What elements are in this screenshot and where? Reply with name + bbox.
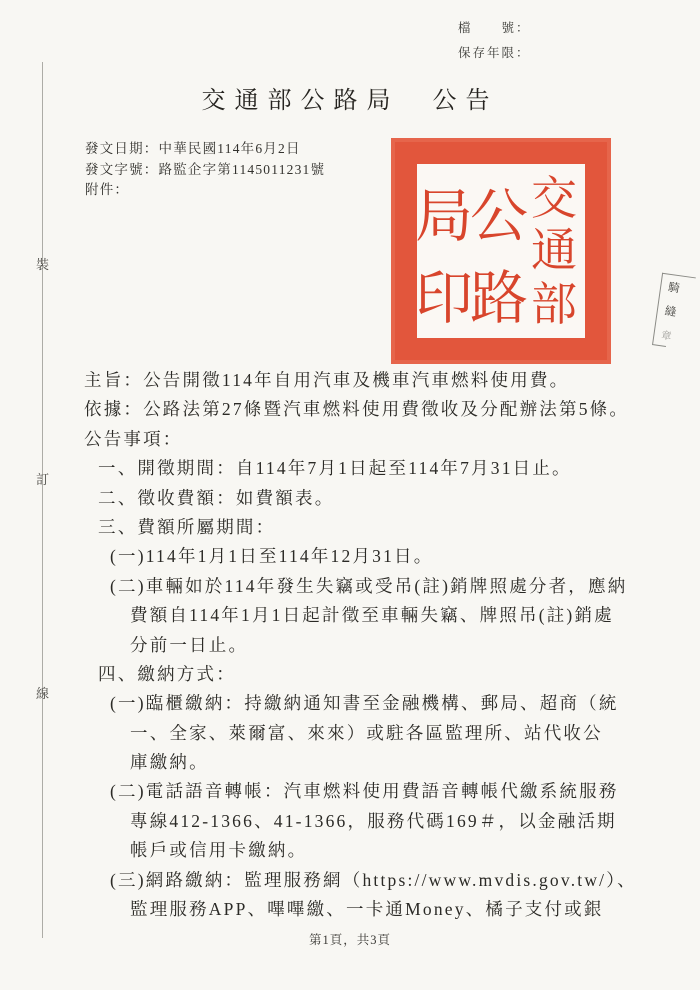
attachment-line: 附件： — [85, 180, 325, 201]
seal-char: 印 — [415, 266, 473, 331]
body-line: (一)114年1月1日至114年12月31日。 — [110, 542, 659, 571]
body-line: 監理服務APP、嗶嗶繳、一卡通Money、橘子支付或銀 — [130, 895, 659, 924]
body-line: (三)網路繳納：監理服務網（https://www.mvdis.gov.tw/）… — [110, 866, 659, 895]
announcement-body: 主旨：公告開徵114年自用汽車及機車汽車燃料使用費。 依據：公路法第27條暨汽車… — [84, 366, 659, 924]
seal-char: 路 — [470, 266, 528, 331]
binding-mark-ding: 訂 — [35, 469, 50, 488]
body-line: (一)臨櫃繳納：持繳納通知書至金融機構、郵局、超商（統 — [110, 689, 659, 718]
body-line: 庫繳納。 — [130, 748, 659, 777]
body-line: 依據：公路法第27條暨汽車燃料使用費徵收及分配辦法第5條。 — [84, 395, 659, 424]
body-line: (二)車輛如於114年發生失竊或受吊(註)銷牌照處分者，應納 — [110, 572, 659, 601]
seal-icon: 交 通 部 公 路 局 印 — [391, 138, 611, 364]
seal-char: 局 — [415, 184, 473, 249]
seam-bracket-arm — [653, 344, 666, 347]
file-number-block: 檔 號： 保存年限： — [458, 16, 531, 66]
body-line: 主旨：公告開徵114年自用汽車及機車汽車燃料使用費。 — [84, 366, 659, 395]
body-line: 費額自114年1月1日起計徵至車輛失竊、牌照吊(註)銷處 — [130, 601, 659, 630]
seal-char: 部 — [531, 279, 577, 330]
binding-mark-zhuang: 裝 — [35, 254, 50, 273]
body-line: 三、費額所屬期間： — [98, 513, 659, 542]
binding-mark-xian: 線 — [35, 683, 50, 702]
seam-mark-char: 章 — [661, 326, 673, 342]
seal-char: 交 — [531, 173, 577, 224]
seal-char: 公 — [470, 184, 528, 249]
seam-mark-char: 騎 — [667, 279, 681, 296]
body-line: 二、徵收費額：如費額表。 — [98, 484, 659, 513]
document-page: 檔 號： 保存年限： 交通部公路局 公告 發文日期：中華民國114年6月2日 發… — [0, 0, 700, 990]
body-line: 公告事項： — [84, 425, 659, 454]
issue-date-line: 發文日期：中華民國114年6月2日 — [85, 139, 325, 160]
file-number-label: 檔 號： — [458, 16, 531, 41]
body-line: 一、全家、萊爾富、來來）或駐各區監理所、站代收公 — [130, 719, 659, 748]
page-footer: 第1頁，共3頁 — [0, 930, 700, 948]
body-line: 帳戶或信用卡繳納。 — [130, 836, 659, 865]
body-line: 四、繳納方式： — [98, 660, 659, 689]
body-line: (二)電話語音轉帳：汽車燃料使用費語音轉帳代繳系統服務 — [110, 777, 659, 806]
seam-stamp-bracket: 騎 縫 章 — [652, 273, 696, 350]
issue-meta-block: 發文日期：中華民國114年6月2日 發文字號：路監企字第1145011231號 … — [85, 139, 325, 201]
binding-line — [42, 62, 43, 938]
body-line: 分前一日止。 — [130, 631, 659, 660]
retention-period-label: 保存年限： — [458, 41, 531, 66]
seam-mark-char: 縫 — [664, 303, 678, 320]
official-seal-stamp: 交 通 部 公 路 局 印 — [391, 138, 611, 364]
body-line: 一、開徵期間：自114年7月1日起至114年7月31日止。 — [98, 454, 659, 483]
body-line: 專線412-1366、41-1366，服務代碼169＃，以金融活期 — [130, 807, 659, 836]
page-title: 交通部公路局 公告 — [0, 80, 700, 115]
seal-char: 通 — [531, 225, 577, 276]
issue-number-line: 發文字號：路監企字第1145011231號 — [85, 160, 325, 181]
